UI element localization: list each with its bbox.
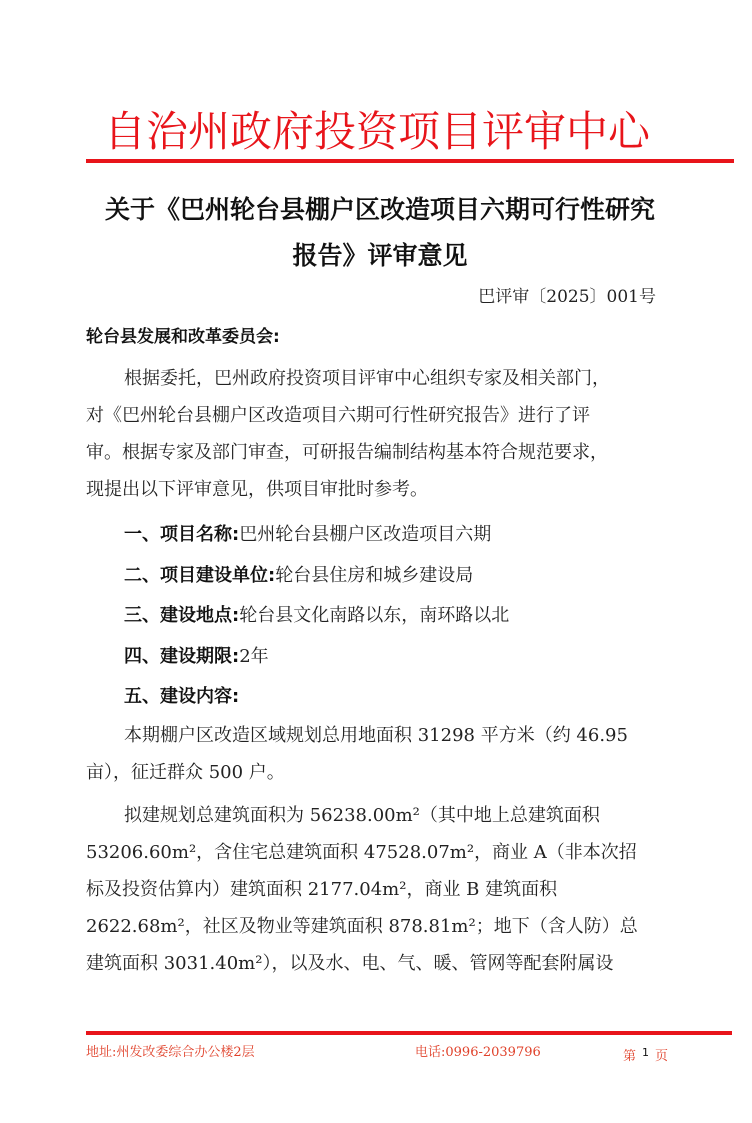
- item-construction-unit: 二、项目建设单位:轮台县住房和城乡建设局: [124, 561, 473, 591]
- intro-line: 现提出以下评审意见，供项目审批时参考。: [86, 471, 686, 508]
- item-location: 三、建设地点:轮台县文化南路以东，南环路以北: [124, 601, 509, 631]
- document-title-line-1: 关于《巴州轮台县棚户区改造项目六期可行性研究: [60, 192, 700, 228]
- content-line: 建筑面积 3031.40m²），以及水、电、气、暖、管网等配套附属设: [86, 945, 686, 982]
- item-key: 三、建设地点: [124, 605, 232, 626]
- item-key: 二、项目建设单位: [124, 565, 268, 586]
- footer-page: 第1页: [623, 1044, 668, 1066]
- content-line: 2622.68m²，社区及物业等建筑面积 878.81m²；地下（含人防）总: [86, 908, 686, 945]
- page-suffix: 页: [655, 1049, 668, 1064]
- document-number: 巴评审〔2025〕001号: [478, 284, 656, 310]
- content-line: 本期棚户区改造区域规划总用地面积 31298 平方米（约 46.95: [86, 717, 686, 754]
- item-value: 2年: [239, 646, 268, 667]
- content-paragraph-1: 本期棚户区改造区域规划总用地面积 31298 平方米（约 46.95 亩），征迁…: [86, 717, 686, 791]
- item-key: 五、建设内容: [124, 686, 232, 707]
- addressee: 轮台县发展和改革委员会:: [86, 322, 280, 352]
- item-value: 轮台县住房和城乡建设局: [275, 565, 473, 586]
- intro-line: 审。根据专家及部门审查，可研报告编制结构基本符合规范要求，: [86, 434, 686, 471]
- item-project-name: 一、项目名称:巴州轮台县棚户区改造项目六期: [124, 520, 491, 550]
- page-number: 1: [642, 1046, 649, 1059]
- item-duration: 四、建设期限:2年: [124, 642, 269, 672]
- item-key: 一、项目名称: [124, 524, 232, 545]
- item-key: 四、建设期限: [124, 646, 232, 667]
- intro-line: 对《巴州轮台县棚户区改造项目六期可行性研究报告》进行了评: [86, 397, 686, 434]
- content-line: 亩），征迁群众 500 户。: [86, 754, 686, 791]
- footer-phone: 电话:0996-2039796: [415, 1044, 541, 1062]
- intro-line: 根据委托，巴州政府投资项目评审中心组织专家及相关部门，: [86, 360, 686, 397]
- item-value: 轮台县文化南路以东，南环路以北: [239, 605, 509, 626]
- content-paragraph-2: 拟建规划总建筑面积为 56238.00m²（其中地上总建筑面积 53206.60…: [86, 797, 686, 982]
- footer-address: 地址:州发改委综合办公楼2层: [86, 1044, 255, 1062]
- content-line: 拟建规划总建筑面积为 56238.00m²（其中地上总建筑面积: [86, 797, 686, 834]
- content-line: 53206.60m²，含住宅总建筑面积 47528.07m²，商业 A（非本次招: [86, 834, 686, 871]
- item-content: 五、建设内容:: [124, 682, 239, 712]
- intro-paragraph: 根据委托，巴州政府投资项目评审中心组织专家及相关部门， 对《巴州轮台县棚户区改造…: [86, 360, 686, 508]
- content-line: 标及投资估算内）建筑面积 2177.04m²，商业 B 建筑面积: [86, 871, 686, 908]
- footer-rule: [86, 1031, 732, 1035]
- letterhead-title: 自治州政府投资项目评审中心: [104, 106, 684, 158]
- document-title-line-2: 报告》评审意见: [60, 238, 700, 274]
- letterhead-rule: [86, 159, 734, 163]
- item-value: 巴州轮台县棚户区改造项目六期: [239, 524, 491, 545]
- page-prefix: 第: [623, 1049, 636, 1064]
